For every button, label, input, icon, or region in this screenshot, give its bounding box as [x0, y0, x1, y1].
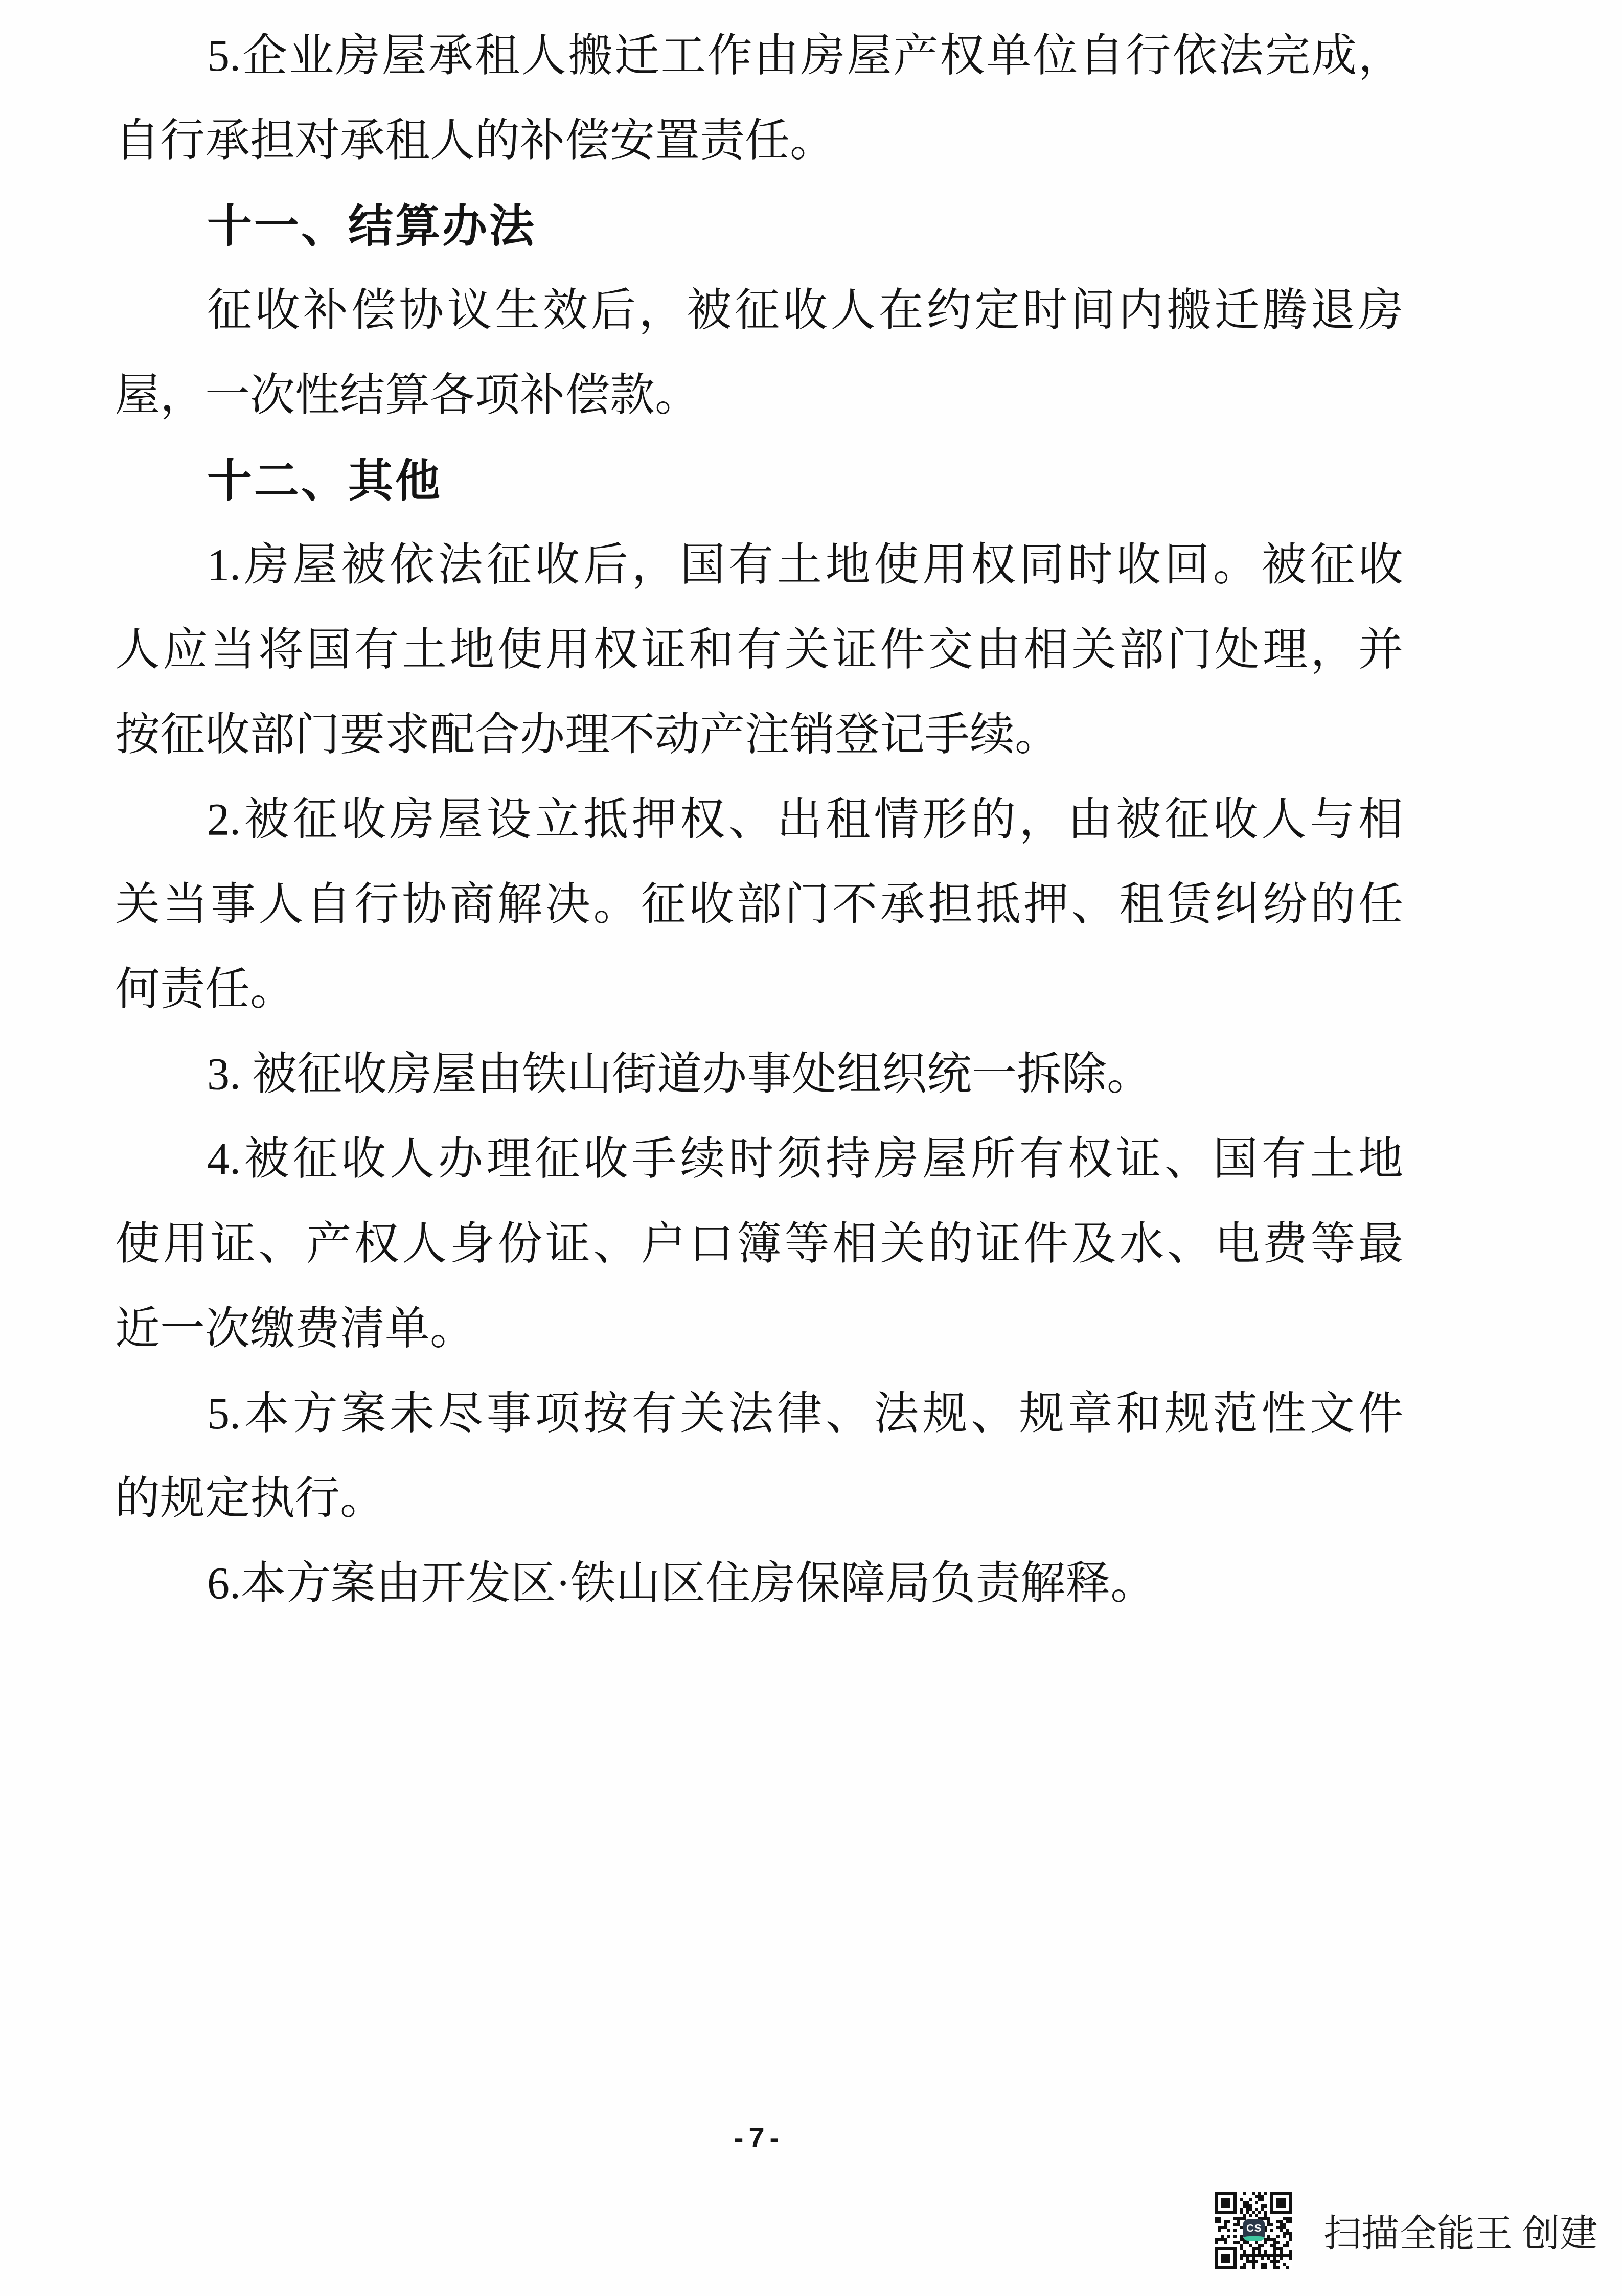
- text-line: 使用证、产权人身份证、户口簿等相关的证件及水、电费等最: [115, 1216, 1403, 1273]
- text-line: 自行承担对承租人的补偿安置责任。: [115, 112, 1403, 170]
- text-line: 2.被征收房屋设立抵押权、出租情形的，由被征收人与相: [207, 791, 1403, 849]
- text-line: 按征收部门要求配合办理不动产注销登记手续。: [115, 707, 1403, 764]
- scanner-credit-text: 扫描全能王 创建: [1323, 2203, 1598, 2258]
- text-line: 3. 被征收房屋由铁山街道办事处组织统一拆除。: [207, 1046, 1403, 1103]
- text-line: 5.本方案未尽事项按有关法律、法规、规章和规范性文件: [207, 1385, 1403, 1443]
- section-heading-11: 十一、结算办法: [207, 197, 1403, 255]
- text-line: 6.本方案由开发区·铁山区住房保障局负责解释。: [207, 1555, 1403, 1612]
- text-line: 1.房屋被依法征收后，国有土地使用权同时收回。被征收: [207, 537, 1403, 594]
- logo-accent-band: [1243, 2236, 1265, 2241]
- text-line: 5.企业房屋承租人搬迁工作由房屋产权单位自行依法完成，: [207, 28, 1403, 85]
- qr-code: CS: [1215, 2192, 1292, 2269]
- logo-text: CS: [1246, 2222, 1262, 2235]
- document-page: 5.企业房屋承租人搬迁工作由房屋产权单位自行依法完成， 自行承担对承租人的补偿安…: [0, 0, 1622, 2296]
- scanner-footer: CS 扫描全能王 创建: [1215, 2192, 1598, 2269]
- text-line: 人应当将国有土地使用权证和有关证件交由相关部门处理，并: [115, 622, 1403, 679]
- text-line: 何责任。: [115, 961, 1403, 1018]
- section-heading-12: 十二、其他: [207, 452, 1403, 509]
- text-line: 4.被征收人办理征收手续时须持房屋所有权证、国有土地: [207, 1131, 1403, 1188]
- text-line: 关当事人自行协商解决。征收部门不承担抵押、租赁纠纷的任: [115, 876, 1403, 934]
- text-line: 屋，一次性结算各项补偿款。: [115, 367, 1403, 424]
- text-line: 征收补偿协议生效后，被征收人在约定时间内搬迁腾退房: [207, 282, 1403, 339]
- camscanner-logo-icon: CS: [1243, 2219, 1265, 2241]
- page-number: -7-: [705, 2121, 813, 2154]
- text-line: 近一次缴费清单。: [115, 1301, 1403, 1358]
- text-line: 的规定执行。: [115, 1470, 1403, 1528]
